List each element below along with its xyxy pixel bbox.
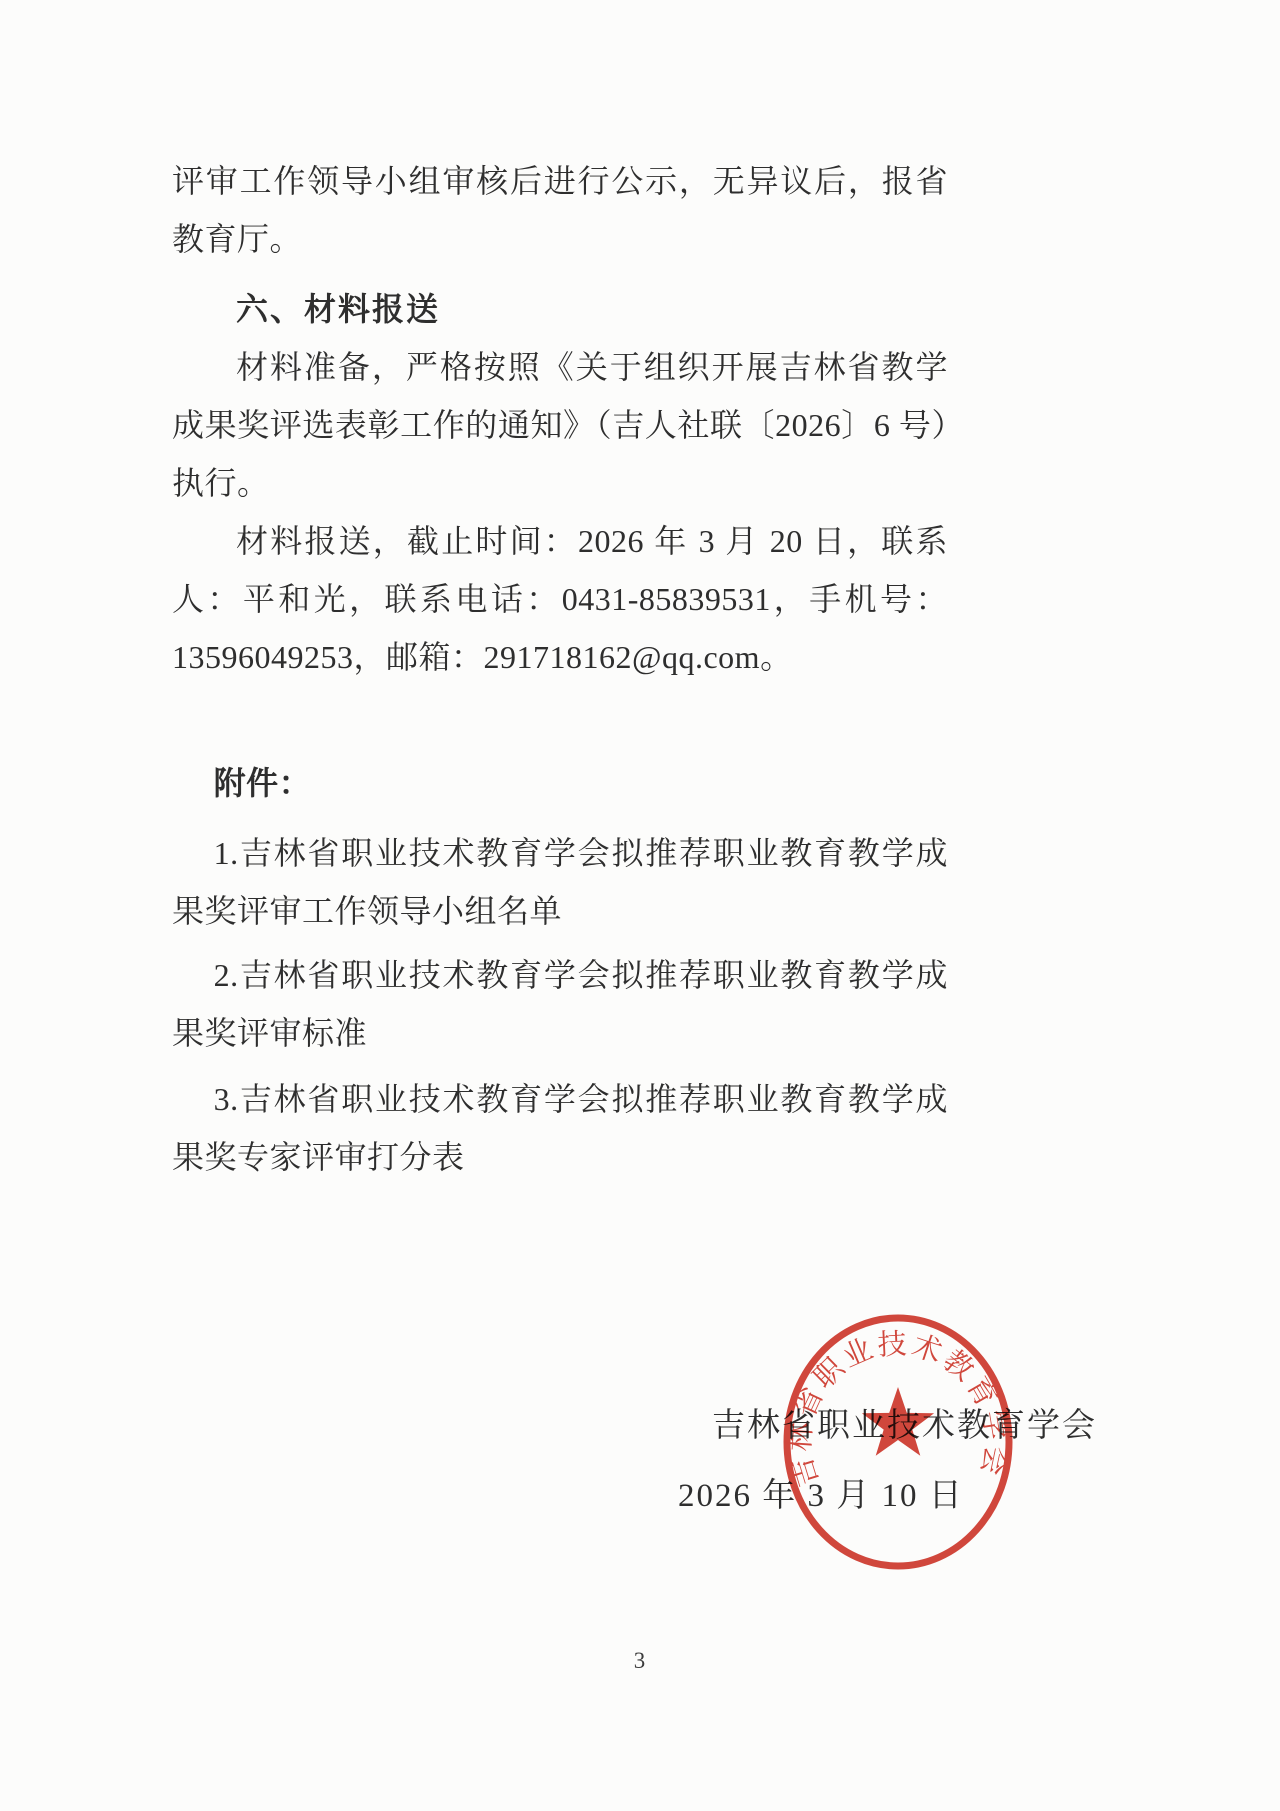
document-page: 评审工作领导小组审核后进行公示，无异议后，报省教育厅。 六、材料报送 材料准备，… [0,0,1280,1811]
attachment-item-2: 2.吉林省职业技术教育学会拟推荐职业教育教学成果奖评审标准 [172,946,948,1062]
paragraph-material-preparation: 材料准备，严格按照《关于组织开展吉林省教学成果奖评选表彰工作的通知》（吉人社联〔… [172,338,948,512]
seal-star-icon [862,1387,934,1456]
attachment-item-3: 3.吉林省职业技术教育学会拟推荐职业教育教学成果奖专家评审打分表 [172,1070,948,1186]
official-seal: 吉林省职业技术教育学会 [776,1306,1020,1578]
attachment-item-1: 1.吉林省职业技术教育学会拟推荐职业教育教学成果奖评审工作领导小组名单 [172,824,948,940]
paragraph-material-submission: 材料报送，截止时间：2026 年 3 月 20 日，联系人：平和光，联系电话：0… [172,512,948,686]
page-number: 3 [0,1648,1280,1674]
section-heading-material-submission: 六、材料报送 [172,280,948,338]
attachments-label: 附件： [172,754,948,812]
paragraph-continuation: 评审工作领导小组审核后进行公示，无异议后，报省教育厅。 [172,152,948,268]
document-body: 评审工作领导小组审核后进行公示，无异议后，报省教育厅。 六、材料报送 材料准备，… [172,152,948,1186]
